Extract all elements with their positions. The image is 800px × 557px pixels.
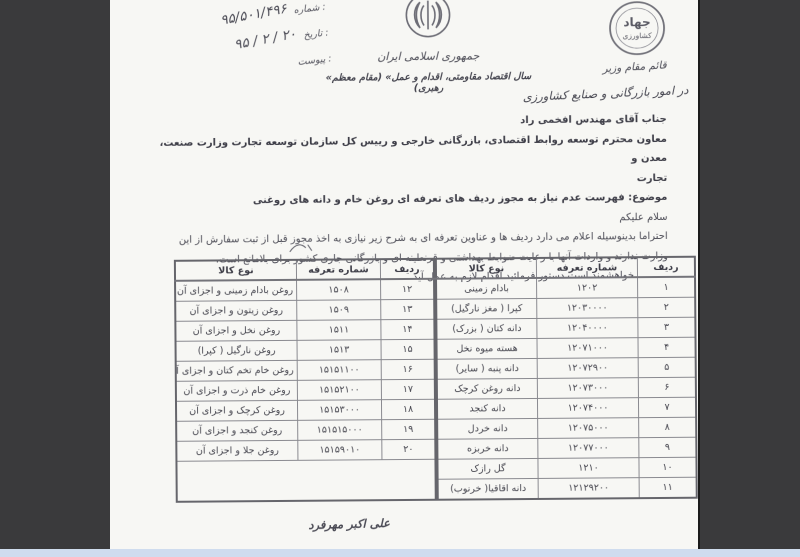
table-row: ۱۶۱۵۱۵۱۱۰۰روغن خام تخم کتان و اجزای آن (176, 360, 435, 382)
cell-goods: دانه روغن کرچک (437, 379, 538, 400)
cell-tariff: ۱۲۰۳۰۰۰۰ (537, 298, 638, 319)
tariff-table-oils: ردیف شماره تعرفه نوع کالا ۱۲۱۵۰۸روغن باد… (174, 258, 437, 503)
cell-no: ۱۷ (381, 380, 435, 400)
table-row: ۶۱۲۰۷۳۰۰۰دانه روغن کرچک (437, 377, 696, 399)
cell-goods: هسته میوه نخل (437, 339, 538, 360)
stamp-text-line2: کشاورزی (622, 31, 652, 40)
header-tariff-number: شماره تعرفه (536, 257, 637, 278)
cell-tariff: ۱۵۱۵۱۵۰۰۰ (298, 420, 382, 441)
header-goods-type: نوع کالا (175, 260, 297, 281)
cell-tariff: ۱۵۰۹ (297, 300, 381, 321)
cell-tariff: ۱۵۱۳ (297, 340, 381, 361)
cell-no: ۲۰ (382, 440, 436, 460)
cell-no: ۱۵ (381, 340, 435, 360)
table-row: ۱۹۱۵۱۵۱۵۰۰۰روغن کنجد و اجزای آن (176, 420, 435, 442)
table-row: ۲۰۱۵۱۵۹۰۱۰روغن جلا و اجزای آن (176, 440, 435, 462)
letterhead-center: جمهوری اسلامی ایران «سال اقتصاد مقاومتی،… (311, 0, 546, 95)
left-letterbox (0, 0, 110, 551)
table-row: ۱۱۱۲۱۲۹۲۰۰دانه اقاقیا( خرنوب) (438, 477, 697, 500)
scan-content: شماره : ۹۵/۵۰۱/۴۹۶ تاریخ : ۹۵ / ۲ / ۲۰ پ… (110, 0, 698, 551)
cell-tariff: ۱۲۰۷۴۰۰۰ (537, 398, 638, 419)
cell-goods: دانه خربزه (437, 439, 538, 460)
stamp-text-line1: جهاد (623, 15, 650, 29)
header-goods-type: نوع کالا (436, 258, 537, 279)
subject-line: موضوع: فهرست عدم نیاز به مجوز ردیف های ت… (142, 188, 667, 212)
signature-handwritten: علی اکبر مهرفرد (250, 516, 390, 534)
table-row: ۱۲۱۵۰۸روغن بادام زمینی و اجزای آن (175, 279, 434, 302)
table-header-row: ردیف شماره تعرفه نوع کالا (436, 257, 695, 279)
cell-tariff: ۱۲۰۲ (537, 277, 638, 298)
ref-date-block: شماره : ۹۵/۵۰۱/۴۹۶ تاریخ : ۹۵ / ۲ / ۲۰ پ… (110, 0, 332, 95)
table-row: ۱۰۱۲۱۰گل رازک (437, 457, 696, 479)
cell-goods: روغن خام ذرت و اجزای آن (176, 381, 298, 402)
iran-national-emblem-icon (404, 0, 452, 46)
cell-goods: دانه خردل (437, 419, 538, 440)
header-row-number: ردیف (637, 257, 695, 278)
right-letterbox (698, 0, 800, 551)
cell-tariff: ۱۲۰۷۵۰۰۰ (538, 418, 639, 439)
cell-tariff: ۱۲۰۷۳۰۰۰ (537, 378, 638, 399)
scanned-letter-screenshot: شماره : ۹۵/۵۰۱/۴۹۶ تاریخ : ۹۵ / ۲ / ۲۰ پ… (0, 0, 800, 557)
cell-tariff: ۱۲۰۷۷۰۰۰ (538, 438, 639, 459)
table-header-row: ردیف شماره تعرفه نوع کالا (175, 259, 434, 281)
cell-tariff: ۱۲۱۲۹۲۰۰ (538, 478, 639, 499)
cell-no: ۷ (638, 397, 696, 417)
cell-tariff: ۱۵۱۵۲۱۰۰ (297, 380, 381, 401)
cell-goods: روغن جلا و اجزای آن (176, 441, 298, 462)
cell-goods: گل رازک (437, 458, 538, 479)
cell-no: ۸ (639, 417, 697, 437)
jahad-keshavarzi-seal-icon: جهاد کشاورزی (606, 0, 668, 59)
cell-no: ۹ (639, 437, 697, 457)
bottom-strip (0, 549, 800, 557)
cell-no: ۱۴ (381, 320, 435, 340)
cell-no: ۱۸ (381, 400, 435, 420)
cell-goods: روغن نارگیل ( کپرا) (176, 341, 298, 362)
table-row: ۱۸۱۵۱۵۳۰۰۰روغن کرچک و اجزای آن (176, 400, 435, 422)
cell-tariff: ۱۵۱۵۹۰۱۰ (298, 440, 382, 461)
cell-tariff: ۱۵۱۱ (297, 320, 381, 341)
cell-goods: روغن کنجد و اجزای آن (176, 421, 298, 442)
table-row: ۷۱۲۰۷۴۰۰۰دانه کنجد (437, 397, 696, 419)
cell-goods: کپرا ( مغز نارگیل) (436, 299, 537, 320)
cell-tariff: ۱۲۰۷۱۰۰۰ (537, 338, 638, 359)
header-row-number: ردیف (380, 259, 434, 280)
cell-goods: دانه اقاقیا( خرنوب) (438, 478, 539, 499)
cell-tariff: ۱۲۰۴۰۰۰۰ (537, 318, 638, 339)
cell-goods: بادام زمینی (436, 278, 537, 299)
republic-title: جمهوری اسلامی ایران (311, 49, 545, 64)
cell-no: ۱۱ (639, 477, 697, 498)
cell-no: ۱ (638, 277, 696, 298)
cell-no: ۱۰ (639, 457, 697, 477)
cell-tariff: ۱۵۱۵۱۱۰۰ (297, 360, 381, 381)
cell-no: ۳ (638, 317, 696, 337)
cell-tariff: ۱۵۰۸ (297, 279, 381, 300)
cell-no: ۶ (638, 377, 696, 397)
header-tariff-number: شماره تعرفه (296, 259, 380, 280)
table-row: ۱۷۱۵۱۵۲۱۰۰روغن خام ذرت و اجزای آن (176, 380, 435, 402)
table-row: ۹۱۲۰۷۷۰۰۰دانه خربزه (437, 437, 696, 459)
cell-goods: دانه پنبه ( سایر) (437, 359, 538, 380)
cell-goods: روغن نخل و اجزای آن (175, 321, 297, 342)
table-row: ۸۱۲۰۷۵۰۰۰دانه خردل (437, 417, 696, 439)
year-slogan: «سال اقتصاد مقاومتی، اقدام و عمل» (مقام … (311, 71, 545, 95)
cell-goods: روغن خام تخم کتان و اجزای آن (176, 361, 298, 382)
cell-tariff: ۱۵۱۵۳۰۰۰ (297, 400, 381, 421)
cell-tariff: ۱۲۰۷۲۹۰۰ (537, 358, 638, 379)
cell-no: ۱۳ (381, 300, 435, 320)
pen-mark (288, 241, 314, 255)
table-row: ۱۵۱۵۱۳روغن نارگیل ( کپرا) (176, 340, 435, 362)
cell-goods: روغن بادام زمینی و اجزای آن (175, 280, 297, 301)
cell-goods: دانه کنجد (437, 399, 538, 420)
cell-goods: روغن زیتون و اجزای آن (175, 301, 297, 322)
cell-no: ۱۲ (381, 279, 435, 300)
document-page: شماره : ۹۵/۵۰۱/۴۹۶ تاریخ : ۹۵ / ۲ / ۲۰ پ… (110, 0, 698, 551)
cell-goods: دانه کتان ( بزرک) (436, 319, 537, 340)
empty-row (176, 460, 435, 502)
table-row: ۱۴۱۵۱۱روغن نخل و اجزای آن (175, 320, 434, 342)
table-row: ۲۱۲۰۳۰۰۰۰کپرا ( مغز نارگیل) (436, 297, 695, 319)
cell-tariff: ۱۲۱۰ (538, 458, 639, 479)
tariff-tables: ردیف شماره تعرفه نوع کالا ۱۲۱۵۰۸روغن باد… (174, 256, 698, 503)
office-title-line1: قائم مقام وزیر (602, 59, 667, 75)
cell-no: ۵ (638, 357, 696, 377)
table-row: ۱۱۲۰۲بادام زمینی (436, 277, 695, 300)
table-row: ۱۳۱۵۰۹روغن زیتون و اجزای آن (175, 300, 434, 322)
cell-no: ۴ (638, 337, 696, 357)
cell-no: ۱۶ (381, 360, 435, 380)
table-row: ۵۱۲۰۷۲۹۰۰دانه پنبه ( سایر) (437, 357, 696, 379)
recipient-title-line1: معاون محترم توسعه روابط اقتصادی، بازرگان… (142, 129, 667, 172)
table-row: ۴۱۲۰۷۱۰۰۰هسته میوه نخل (437, 337, 696, 359)
table-row: ۳۱۲۰۴۰۰۰۰دانه کتان ( بزرک) (436, 317, 695, 339)
tariff-table-seeds: ردیف شماره تعرفه نوع کالا ۱۱۲۰۲بادام زمی… (435, 256, 698, 501)
office-title-line2: در امور بازرگانی و صنایع کشاورزی (522, 83, 688, 104)
cell-no: ۱۹ (382, 420, 436, 440)
cell-no: ۲ (638, 297, 696, 317)
cell-goods: روغن کرچک و اجزای آن (176, 401, 298, 422)
